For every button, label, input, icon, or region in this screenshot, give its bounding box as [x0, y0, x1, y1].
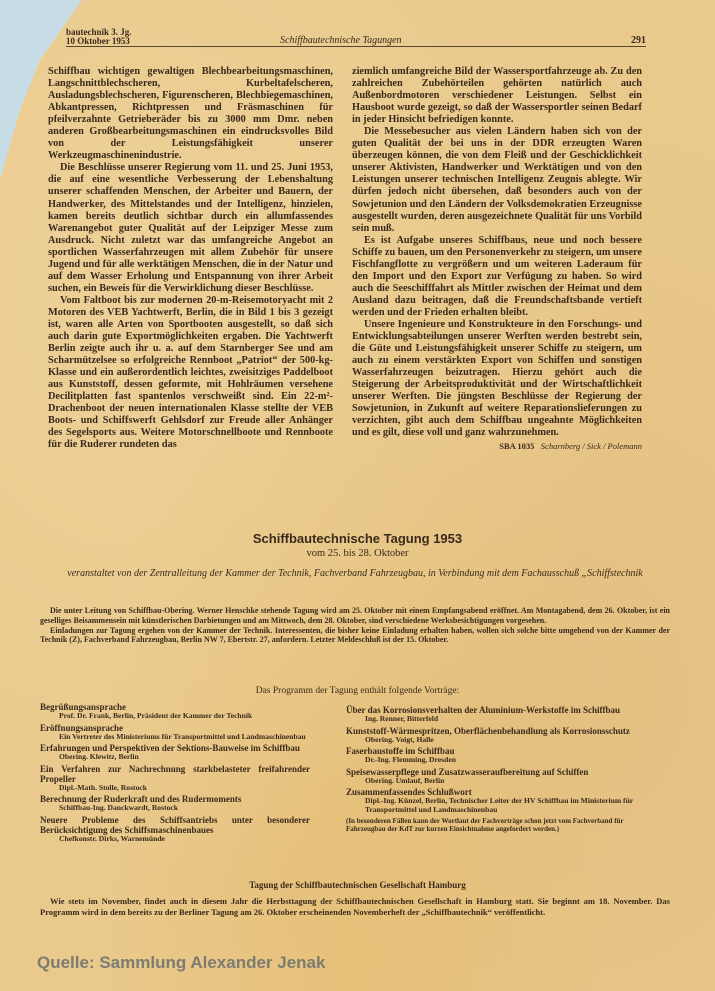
- lecture-speaker: Obering. Klewitz, Berlin: [59, 753, 310, 762]
- lecture-title: Neuere Probleme des Schiffsantriebs unte…: [40, 815, 310, 835]
- lecture-title: Ein Verfahren zur Nachrechnung starkbela…: [40, 764, 310, 784]
- lecture-speaker: Dipl.-Math. Stolle, Rostock: [59, 784, 310, 793]
- hamburg-notice: Wie stets im November, findet auch in di…: [40, 896, 670, 917]
- lecture-speaker: Schiffbau-Ing. Danckwardt, Rostock: [59, 804, 310, 813]
- paragraph: Einladungen zur Tagung ergehen von der K…: [40, 626, 670, 646]
- conference-dates: vom 25. bis 28. Oktober: [0, 548, 715, 559]
- paragraph: Vom Faltboot bis zur modernen 20-m-Reise…: [48, 295, 333, 452]
- article-signature: SBA 1035 Scharnberg / Sick / Polemann: [352, 440, 642, 452]
- lecture-speaker: Prof. Dr. Frank, Berlin, Präsident der K…: [59, 712, 310, 721]
- program-heading: Das Programm der Tagung enthält folgende…: [0, 686, 715, 696]
- article-right-column: ziemlich umfangreiche Bild der Wasserspo…: [352, 66, 642, 453]
- conference-organizer: veranstaltet von der Zentralleitung der …: [40, 567, 670, 580]
- article-left-column: Schiffbau wichtigen gewaltigen Blechbear…: [48, 66, 333, 452]
- source-credit: Quelle: Sammlung Alexander Jenak: [37, 953, 325, 973]
- program-right-list: Über das Korrosionsverhalten der Alumini…: [346, 705, 636, 840]
- lecture-speaker: Dr.-Ing. Flemming, Dresden: [365, 756, 636, 765]
- lecture-title: Speisewasserpflege und Zusatzwasseraufbe…: [346, 767, 636, 777]
- paragraph: ziemlich umfangreiche Bild der Wasserspo…: [352, 66, 642, 126]
- lecture-speaker: Ing. Renner, Bitterfeld: [365, 715, 636, 724]
- lecture-speaker: Obering. Voigt, Halle: [365, 736, 636, 745]
- lecture-title: Kunststoff-Wärmespritzen, Oberflächenbeh…: [346, 726, 636, 736]
- lecture-speaker: Chefkonstr. Dirks, Warnemünde: [59, 835, 310, 844]
- signature-code: SBA 1035: [499, 441, 534, 451]
- lecture-speaker: Dipl.-Ing. Künzel, Berlin, Technischer L…: [365, 797, 636, 814]
- journal-issue-date: 10 Oktober 1953: [66, 37, 132, 46]
- paragraph: Unsere Ingenieure und Konstrukteure in d…: [352, 319, 642, 439]
- program-note: (In besonderen Fällen kann der Wortlaut …: [346, 817, 636, 833]
- paragraph: Es ist Aufgabe unseres Schiffbaus, neue …: [352, 235, 642, 319]
- paragraph: Schiffbau wichtigen gewaltigen Blechbear…: [48, 66, 333, 162]
- paragraph: Die Messebesucher aus vielen Ländern hab…: [352, 126, 642, 234]
- lecture-speaker: Obering. Umlauf, Berlin: [365, 777, 636, 786]
- lecture-title: Eröffnungsansprache: [40, 723, 310, 733]
- conference-intro: Die unter Leitung von Schiffbau-Obering.…: [40, 606, 670, 645]
- paragraph: Wie stets im November, findet auch in di…: [40, 896, 670, 917]
- lecture-speaker: Ein Vertreter des Ministeriums für Trans…: [59, 733, 310, 742]
- paragraph: Die unter Leitung von Schiffbau-Obering.…: [40, 606, 670, 626]
- paragraph: Die Beschlüsse unserer Regierung vom 11.…: [48, 162, 333, 295]
- page-number: 291: [631, 35, 646, 46]
- running-title: Schiffbautechnische Tagungen: [280, 35, 402, 46]
- conference-title: Schiffbautechnische Tagung 1953: [0, 531, 715, 546]
- hamburg-title: Tagung der Schiffbautechnischen Gesellsc…: [0, 880, 715, 890]
- signature-names: Scharnberg / Sick / Polemann: [541, 441, 642, 451]
- page-header: bautechnik 3. Jg. 10 Oktober 1953 Schiff…: [66, 30, 646, 47]
- program-left-list: Begrüßungsansprache Prof. Dr. Frank, Ber…: [40, 702, 310, 845]
- journal-info: bautechnik 3. Jg. 10 Oktober 1953: [66, 28, 132, 46]
